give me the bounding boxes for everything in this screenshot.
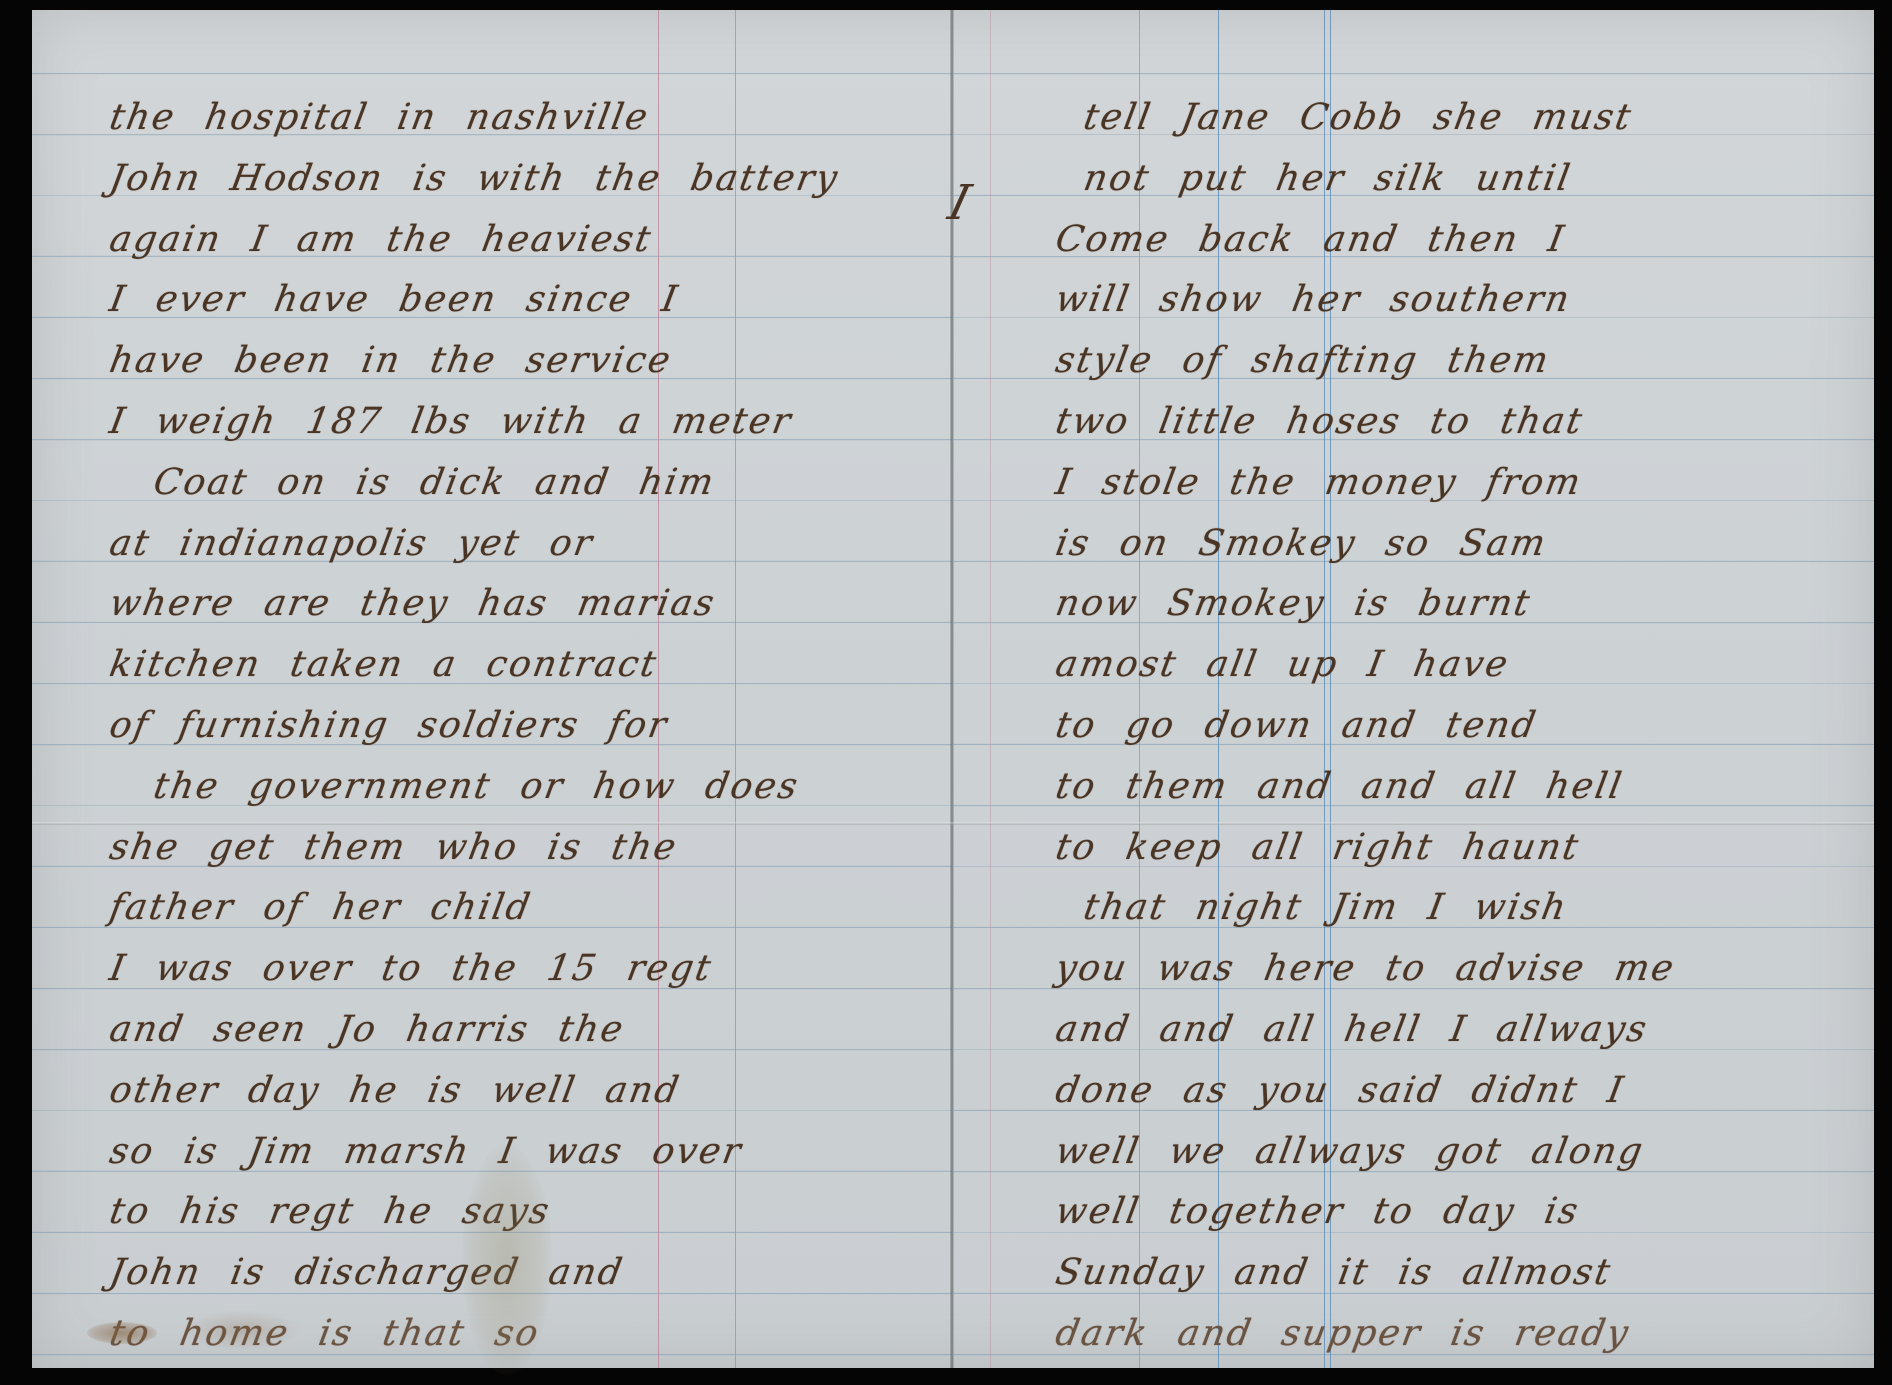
handwritten-line: is on Smokey so Sam — [1007, 514, 1681, 575]
handwritten-line: the government or how does — [105, 757, 844, 818]
left-page: the hospital in nashville John Hodson is… — [32, 10, 952, 1368]
handwritten-line: tell Jane Cobb she must — [1007, 88, 1681, 149]
handwritten-line: you was here to advise me — [1007, 939, 1681, 1000]
handwritten-line: to them and and all hell — [1007, 757, 1681, 818]
right-page-text: tell Jane Cobb she must not put her silk… — [1012, 88, 1675, 1365]
handwritten-line: where are they has marias — [105, 574, 844, 635]
margin-line-pink — [990, 10, 991, 1368]
handwritten-line: will show her southern — [1007, 270, 1681, 331]
handwritten-line: Sunday and it is allmost — [1007, 1243, 1681, 1304]
handwritten-line: two little hoses to that — [1007, 392, 1681, 453]
handwritten-line: to home is that so — [105, 1304, 844, 1365]
handwritten-line: the hospital in nashville — [105, 88, 844, 149]
handwritten-line: I weigh 187 lbs with a meter — [105, 392, 844, 453]
handwritten-line: that night Jim I wish — [1007, 878, 1681, 939]
handwritten-line: and and all hell I allways — [1007, 1000, 1681, 1061]
handwritten-line: John is discharged and — [105, 1243, 844, 1304]
handwritten-line: I stole the money from — [1007, 453, 1681, 514]
letter-sheet: the hospital in nashville John Hodson is… — [32, 10, 1874, 1368]
handwritten-line: to go down and tend — [1007, 696, 1681, 757]
handwritten-line: so is Jim marsh I was over — [105, 1122, 844, 1183]
handwritten-line: well we allways got along — [1007, 1122, 1681, 1183]
handwritten-line: again I am the heaviest — [105, 210, 844, 271]
handwritten-line: have been in the service — [105, 331, 844, 392]
horizontal-fold-crease — [32, 822, 1874, 825]
handwritten-line: dark and supper is ready — [1007, 1304, 1681, 1365]
handwritten-line: she get them who is the — [105, 818, 844, 879]
handwritten-line: Come back and then I — [1007, 210, 1681, 271]
handwritten-line: Coat on is dick and him — [105, 453, 844, 514]
handwritten-line: not put her silk until — [1007, 149, 1681, 210]
handwritten-line: I ever have been since I — [105, 270, 844, 331]
handwritten-line: to his regt he says — [105, 1182, 844, 1243]
handwritten-line: I was over to the 15 regt — [105, 939, 844, 1000]
handwritten-line: father of her child — [105, 878, 844, 939]
handwritten-line: other day he is well and — [105, 1061, 844, 1122]
right-page: I tell Jane Cobb she must not put her si… — [952, 10, 1874, 1368]
handwritten-line: John Hodson is with the battery — [105, 149, 844, 210]
handwritten-line: well together to day is — [1007, 1182, 1681, 1243]
handwritten-line: and seen Jo harris the — [105, 1000, 844, 1061]
handwritten-line: to keep all right haunt — [1007, 818, 1681, 879]
handwritten-line: kitchen taken a contract — [105, 635, 844, 696]
left-page-text: the hospital in nashville John Hodson is… — [110, 88, 839, 1365]
handwritten-line: of furnishing soldiers for — [105, 696, 844, 757]
handwritten-line: amost all up I have — [1007, 635, 1681, 696]
handwritten-line: done as you said didnt I — [1007, 1061, 1681, 1122]
handwritten-line: at indianapolis yet or — [105, 514, 844, 575]
handwritten-line: now Smokey is burnt — [1007, 574, 1681, 635]
handwritten-line: style of shafting them — [1007, 331, 1681, 392]
